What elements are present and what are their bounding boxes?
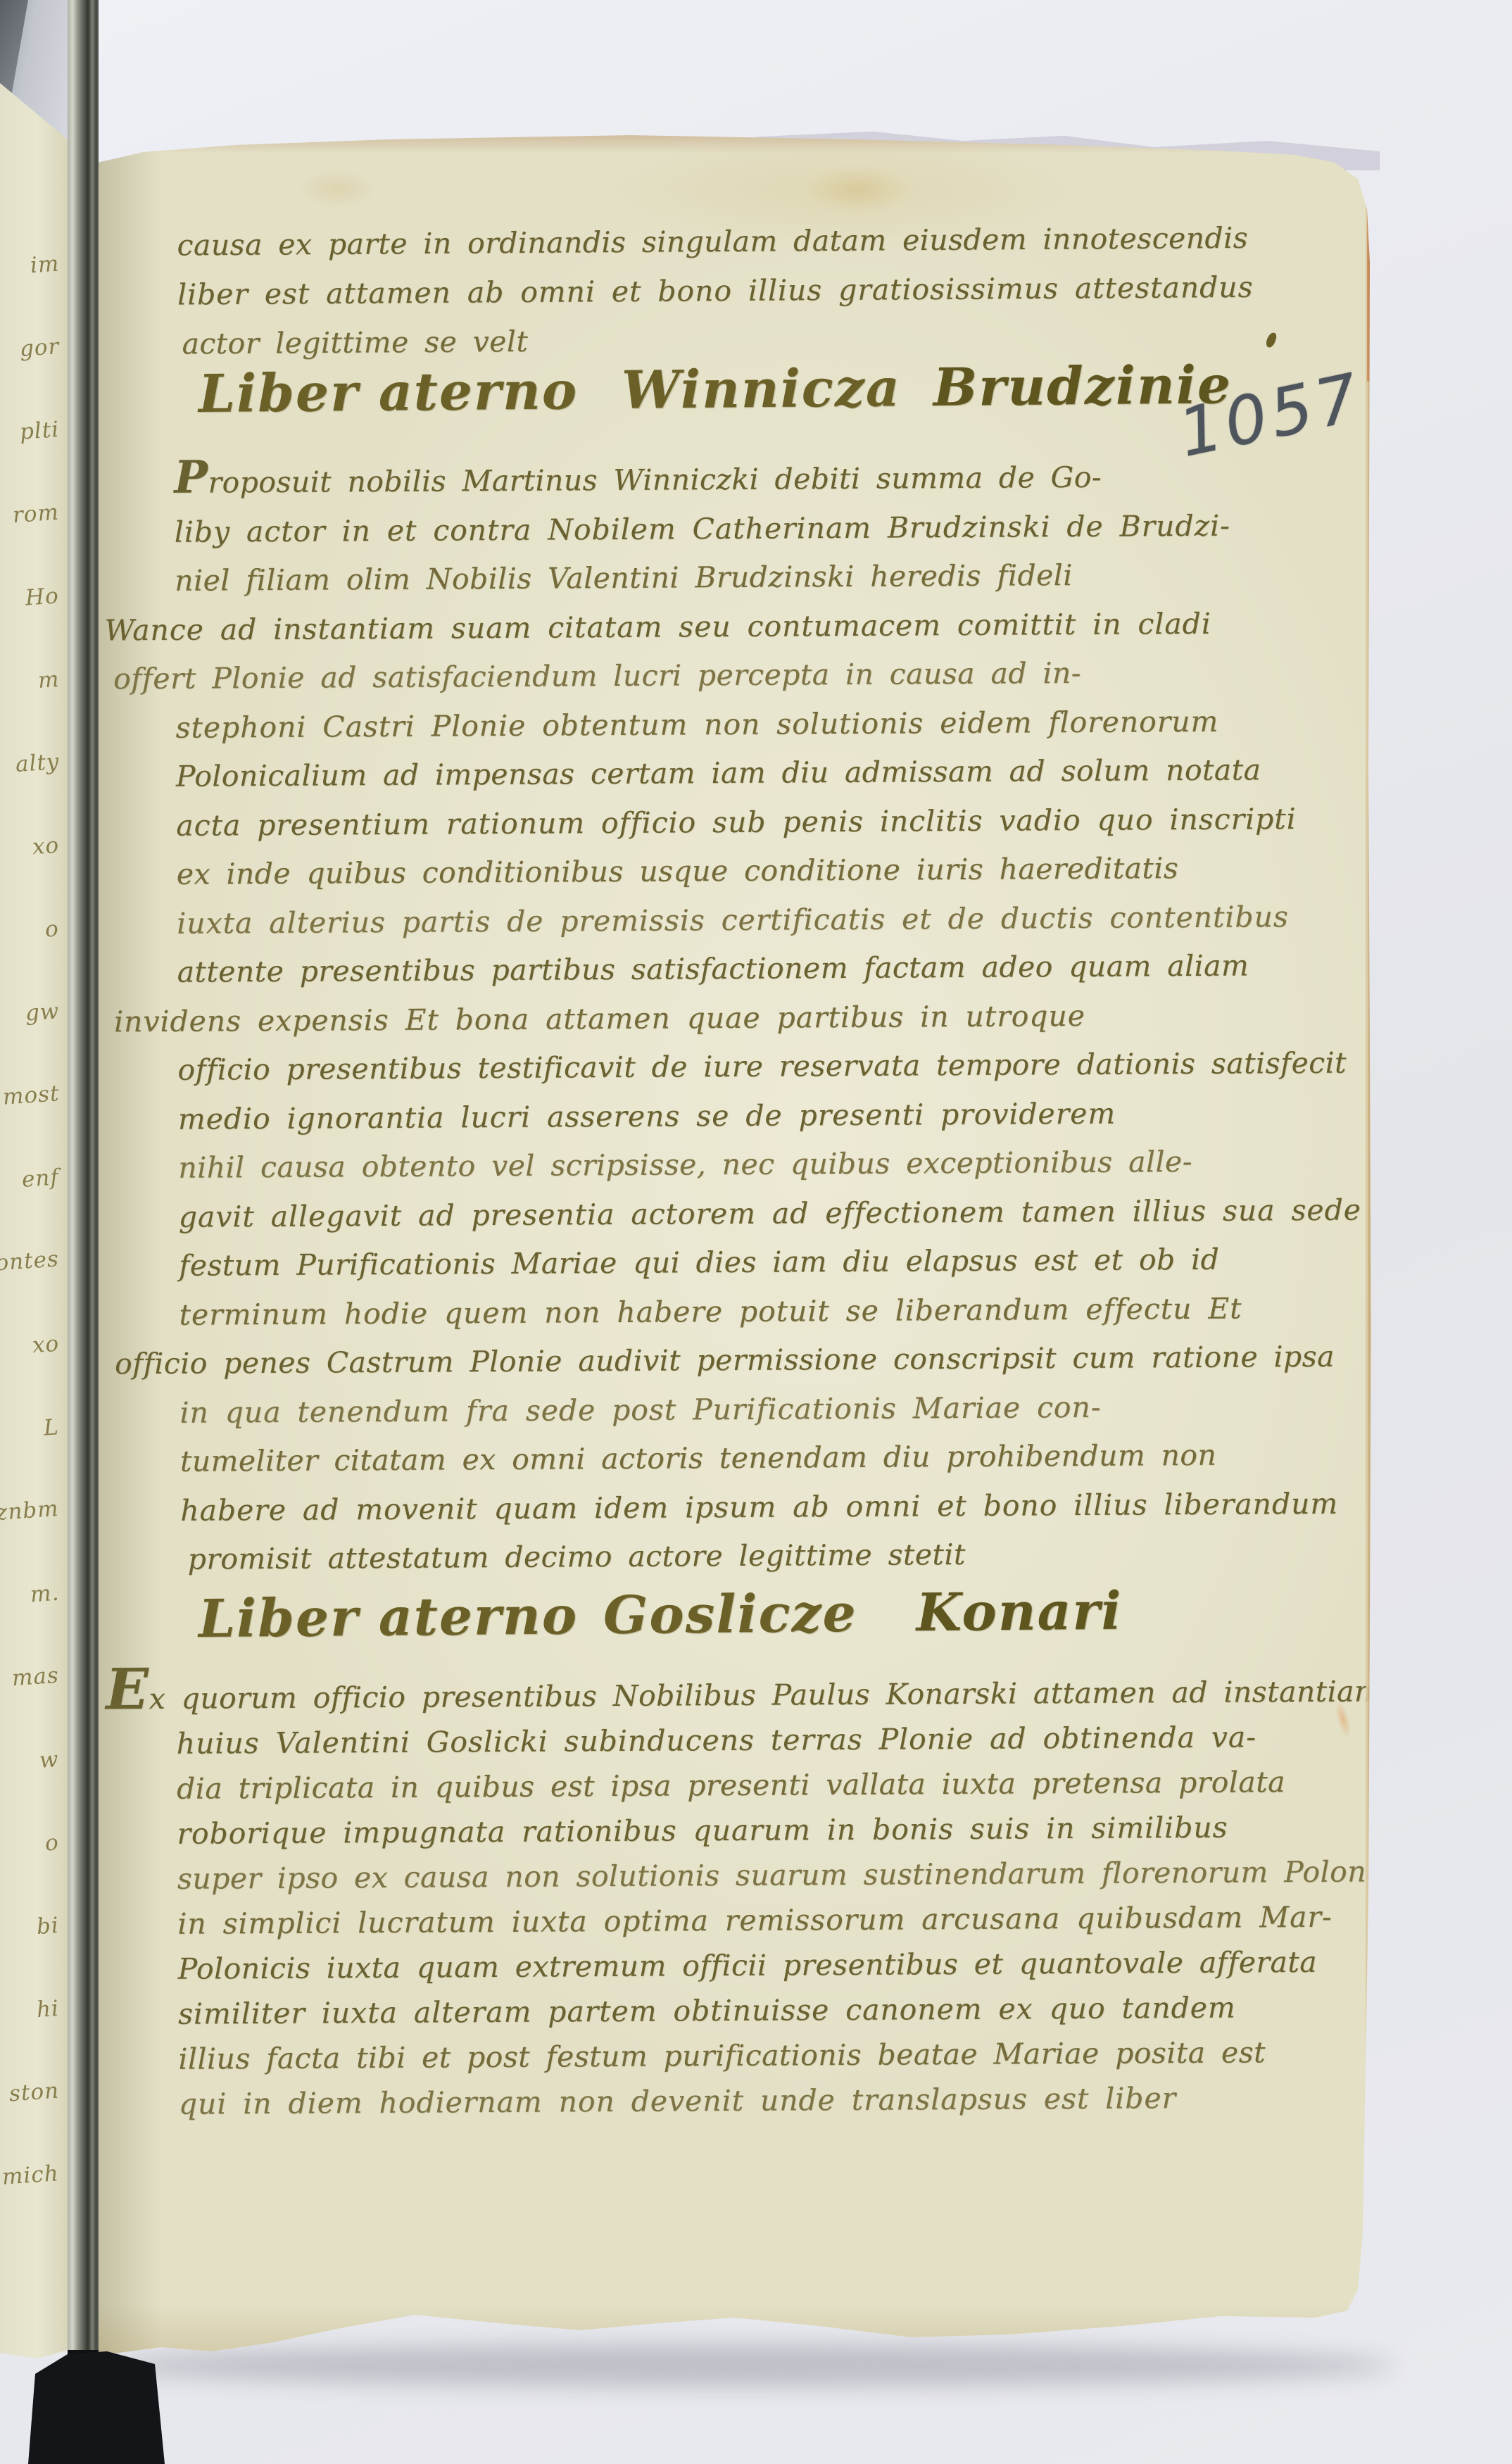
manuscript-line: officio penes Castrum Plonie audivit per… — [115, 1333, 1278, 1389]
entry-heading-goslicze-konari: Liber aterno Goslicze Konari — [94, 1578, 1438, 1651]
manuscript-line: Wance ad instantiam suam citatam seu con… — [104, 599, 1273, 655]
manuscript-line: causa ex parte in ordinandis singulam da… — [177, 213, 1275, 270]
manuscript-fragment: znbm — [0, 1496, 60, 1526]
manuscript-line: officio presentibus testificavit de iure… — [177, 1039, 1275, 1095]
entry1-body-text: Proposuit nobilis Martinus Winniczki deb… — [174, 446, 1279, 1584]
entry2-body-text: Ex quorum officio presentibus Nobilibus … — [176, 1659, 1277, 2127]
manuscript-fragment: plti — [19, 417, 61, 445]
manuscript-line: Proposuit nobilis Martinus Winniczki deb… — [174, 446, 1272, 508]
manuscript-fragment: xo — [32, 1331, 61, 1359]
heading-word-plaintiff: Winnicza — [622, 358, 901, 420]
manuscript-fragment: bi — [36, 1913, 60, 1940]
heading-word-defendant: Konari — [916, 1581, 1123, 1644]
manuscript-line: liby actor in et contra Nobilem Catherin… — [175, 501, 1273, 557]
manuscript-fragment: most — [1, 1081, 60, 1110]
manuscript-line: festum Purificationis Mariae qui dies ia… — [179, 1235, 1277, 1290]
manuscript-fragment: im — [29, 251, 60, 279]
manuscript-line: liber est attamen ab omni et bono illius… — [177, 263, 1275, 320]
manuscript-photo: imgorpltiromHomaltyxoogwmostenfyontesxoL… — [0, 0, 1512, 2464]
paper-stain — [298, 169, 376, 208]
manuscript-fragment: L — [43, 1414, 60, 1440]
manuscript-line: similiter iuxta alteram partem obtinuiss… — [178, 1985, 1276, 2037]
book-fore-edge — [1366, 166, 1398, 2329]
manuscript-line: in qua tenendum fra sede post Purificati… — [179, 1382, 1278, 1438]
manuscript-line: promisit attestatum decimo actore legitt… — [187, 1528, 1278, 1584]
manuscript-line: in simplici lucratum iuxta optima remiss… — [177, 1894, 1275, 1947]
manuscript-fragment: w — [39, 1747, 60, 1773]
manuscript-line: offert Plonie ad satisfaciendum lucri pe… — [113, 648, 1273, 704]
manuscript-line: Ex quorum officio presentibus Nobilibus … — [106, 1659, 1274, 1721]
manuscript-page: causa ex parte in ordinandis singulam da… — [94, 135, 1398, 2360]
manuscript-line: dia triplicata in quibus est ipsa presen… — [177, 1759, 1275, 1811]
heading-word-plaintiff: Goslicze — [603, 1583, 857, 1646]
manuscript-line: invidens expensis Et bona attamen quae p… — [114, 991, 1275, 1047]
page-top-toned-edge — [94, 135, 1398, 153]
manuscript-line: qui in diem hodiernam non devenit unde t… — [179, 2075, 1277, 2127]
manuscript-line: Polonicalium ad impensas certam iam diu … — [176, 746, 1274, 801]
manuscript-line: attente presentibus partibus satisfactio… — [177, 941, 1275, 997]
heading-word: Liber aterno — [199, 1585, 579, 1649]
manuscript-line: super ipso ex causa non solutionis suaru… — [177, 1849, 1275, 1902]
paper-stain — [805, 165, 911, 214]
manuscript-line: stephoni Castri Plonie obtentum non solu… — [175, 697, 1273, 753]
manuscript-fragment: yontes — [0, 1246, 60, 1277]
manuscript-line: gavit allegavit ad presentia actorem ad … — [179, 1186, 1277, 1242]
page-holder-rod — [68, 0, 99, 2464]
previous-page-sliver: imgorpltiromHomaltyxoogwmostenfyontesxoL… — [0, 0, 68, 2464]
manuscript-line: niel filiam olim Nobilis Valentini Brudz… — [175, 550, 1273, 605]
page-cast-shadow — [106, 2344, 1394, 2387]
manuscript-line: illius facta tibi et post festum purific… — [178, 2030, 1276, 2082]
manuscript-line: tumeliter citatam ex omni actoris tenend… — [180, 1431, 1278, 1486]
fore-edge-orange-line — [1367, 184, 1370, 382]
manuscript-line: medio ignorantia lucri asserens se de pr… — [178, 1088, 1276, 1144]
manuscript-line: ex inde quibus conditionibus usque condi… — [177, 843, 1275, 899]
intro-lines: causa ex parte in ordinandis singulam da… — [177, 213, 1275, 369]
manuscript-line: nihil causa obtento vel scripsisse, nec … — [178, 1137, 1276, 1193]
heading-word: Liber aterno — [199, 360, 579, 425]
manuscript-line: roborique impugnata rationibus quarum in… — [177, 1804, 1275, 1856]
manuscript-fragment: m — [37, 667, 60, 693]
manuscript-line: terminum hodie quem non habere potuit se… — [179, 1284, 1277, 1340]
manuscript-fragment: alty — [14, 749, 60, 777]
manuscript-fragment: rom — [12, 500, 60, 529]
manuscript-fragment: mas — [11, 1663, 60, 1692]
manuscript-line: Polonicis iuxta quam extremum officii pr… — [177, 1940, 1275, 1992]
manuscript-line: huius Valentini Goslicki subinducens ter… — [176, 1714, 1274, 1766]
manuscript-fragment: enf — [21, 1164, 60, 1193]
manuscript-fragment: o — [44, 1830, 60, 1856]
manuscript-fragment: Ho — [25, 583, 60, 610]
manuscript-fragment: gw — [24, 998, 60, 1026]
manuscript-fragment: xo — [32, 833, 61, 860]
manuscript-line: iuxta alterius partis de premissis certi… — [177, 893, 1275, 948]
manuscript-fragment: mich — [1, 2161, 60, 2190]
manuscript-line: acta presentium rationum officio sub pen… — [176, 795, 1274, 850]
manuscript-fragment: gor — [18, 334, 60, 362]
left-margin-fragments: imgorpltiromHomaltyxoogwmostenfyontesxoL… — [0, 252, 65, 2188]
manuscript-fragment: m. — [30, 1580, 61, 1608]
manuscript-line: habere ad movenit quam idem ipsum ab omn… — [180, 1480, 1278, 1535]
manuscript-fragment: hi — [36, 1996, 60, 2023]
manuscript-fragment: o — [44, 916, 60, 942]
manuscript-fragment: ston — [8, 2078, 60, 2107]
